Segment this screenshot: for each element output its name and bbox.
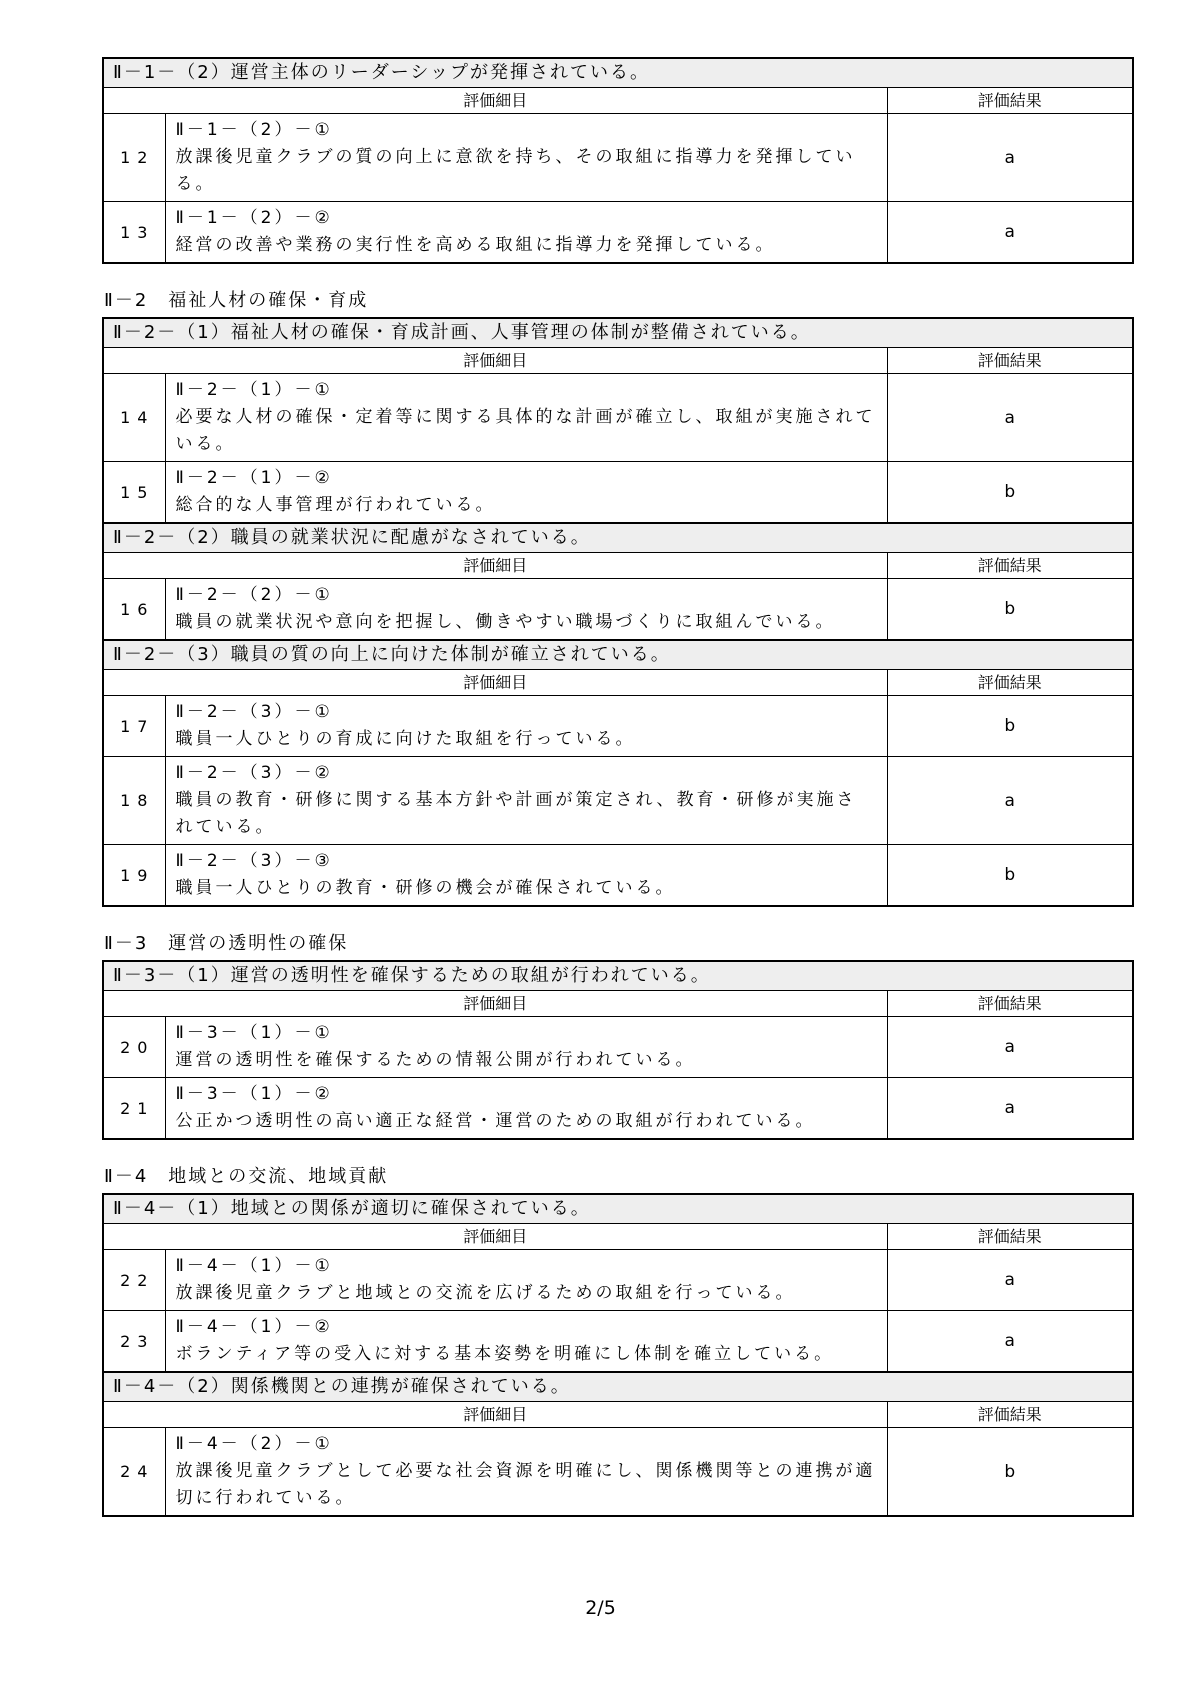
item-detail: Ⅱ－2－（3）－① 職員一人ひとりの育成に向けた取組を行っている。 <box>165 696 887 757</box>
item-code: Ⅱ－4－（1）－① <box>176 1253 877 1280</box>
result-value: a <box>887 1250 1133 1311</box>
result-column-header: 評価結果 <box>887 1224 1133 1250</box>
item-detail: Ⅱ－2－（3）－③ 職員一人ひとりの教育・研修の機会が確保されている。 <box>165 845 887 907</box>
eval-row: 22 Ⅱ－4－（1）－① 放課後児童クラブと地域との交流を広げるための取組を行っ… <box>103 1250 1133 1311</box>
item-text: 必要な人材の確保・定着等に関する具体的な計画が確立し、取組が実施されている。 <box>176 404 877 458</box>
item-text: 放課後児童クラブと地域との交流を広げるための取組を行っている。 <box>176 1280 877 1307</box>
eval-row: 18 Ⅱ－2－（3）－② 職員の教育・研修に関する基本方針や計画が策定され、教育… <box>103 757 1133 845</box>
item-code: Ⅱ－1－（2）－② <box>176 205 877 232</box>
column-header-row: 評価細目 評価結果 <box>103 1224 1133 1250</box>
item-code: Ⅱ－2－（2）－① <box>176 582 877 609</box>
page-content: Ⅱ－1－（2）運営主体のリーダーシップが発揮されている。 評価細目 評価結果 1… <box>102 57 1132 1517</box>
evaluation-table-section-2-1: Ⅱ－1－（2）運営主体のリーダーシップが発揮されている。 評価細目 評価結果 1… <box>102 57 1134 264</box>
section-title-row: Ⅱ－2－（2）職員の就業状況に配慮がなされている。 <box>103 523 1133 553</box>
eval-row: 12 Ⅱ－1－（2）－① 放課後児童クラブの質の向上に意欲を持ち、その取組に指導… <box>103 114 1133 202</box>
row-number: 23 <box>103 1311 165 1373</box>
item-text: 職員一人ひとりの育成に向けた取組を行っている。 <box>176 726 877 753</box>
result-value: a <box>887 1311 1133 1373</box>
item-detail: Ⅱ－2－（3）－② 職員の教育・研修に関する基本方針や計画が策定され、教育・研修… <box>165 757 887 845</box>
item-detail: Ⅱ－2－（2）－① 職員の就業状況や意向を把握し、働きやすい職場づくりに取組んで… <box>165 579 887 641</box>
result-value: a <box>887 114 1133 202</box>
item-code: Ⅱ－3－（1）－① <box>176 1020 877 1047</box>
column-header-row: 評価細目 評価結果 <box>103 348 1133 374</box>
column-header-row: 評価細目 評価結果 <box>103 88 1133 114</box>
detail-column-header: 評価細目 <box>103 553 887 579</box>
item-detail: Ⅱ－2－（1）－① 必要な人材の確保・定着等に関する具体的な計画が確立し、取組が… <box>165 374 887 462</box>
section-title: Ⅱ－4－（1）地域との関係が適切に確保されている。 <box>103 1194 1133 1224</box>
document-page: Ⅱ－1－（2）運営主体のリーダーシップが発揮されている。 評価細目 評価結果 1… <box>0 0 1201 1698</box>
row-number: 12 <box>103 114 165 202</box>
row-number: 21 <box>103 1078 165 1140</box>
row-number: 18 <box>103 757 165 845</box>
detail-column-header: 評価細目 <box>103 670 887 696</box>
item-detail: Ⅱ－4－（1）－① 放課後児童クラブと地域との交流を広げるための取組を行っている… <box>165 1250 887 1311</box>
item-text: 経営の改善や業務の実行性を高める取組に指導力を発揮している。 <box>176 232 877 259</box>
item-code: Ⅱ－4－（1）－② <box>176 1314 877 1341</box>
item-detail: Ⅱ－2－（1）－② 総合的な人事管理が行われている。 <box>165 462 887 524</box>
column-header-row: 評価細目 評価結果 <box>103 991 1133 1017</box>
item-text: 公正かつ透明性の高い適正な経営・運営のための取組が行われている。 <box>176 1108 877 1135</box>
evaluation-table-section-2-3: Ⅱ－3－（1）運営の透明性を確保するための取組が行われている。 評価細目 評価結… <box>102 960 1134 1140</box>
detail-column-header: 評価細目 <box>103 348 887 374</box>
result-column-header: 評価結果 <box>887 553 1133 579</box>
result-value: b <box>887 696 1133 757</box>
section-title: Ⅱ－1－（2）運営主体のリーダーシップが発揮されている。 <box>103 58 1133 88</box>
item-code: Ⅱ－2－（1）－② <box>176 465 877 492</box>
result-value: a <box>887 374 1133 462</box>
result-value: b <box>887 579 1133 641</box>
result-value: a <box>887 1017 1133 1078</box>
item-code: Ⅱ－2－（3）－② <box>176 760 877 787</box>
row-number: 17 <box>103 696 165 757</box>
item-detail: Ⅱ－4－（1）－② ボランティア等の受入に対する基本姿勢を明確にし体制を確立して… <box>165 1311 887 1373</box>
column-header-row: 評価細目 評価結果 <box>103 1402 1133 1428</box>
eval-row: 17 Ⅱ－2－（3）－① 職員一人ひとりの育成に向けた取組を行っている。 b <box>103 696 1133 757</box>
detail-column-header: 評価細目 <box>103 88 887 114</box>
result-value: b <box>887 462 1133 524</box>
item-text: 放課後児童クラブとして必要な社会資源を明確にし、関係機関等との連携が適切に行われ… <box>176 1458 877 1512</box>
eval-row: 15 Ⅱ－2－（1）－② 総合的な人事管理が行われている。 b <box>103 462 1133 524</box>
item-code: Ⅱ－2－（1）－① <box>176 377 877 404</box>
row-number: 15 <box>103 462 165 524</box>
item-code: Ⅱ－4－（2）－① <box>176 1431 877 1458</box>
eval-row: 13 Ⅱ－1－（2）－② 経営の改善や業務の実行性を高める取組に指導力を発揮して… <box>103 202 1133 264</box>
detail-column-header: 評価細目 <box>103 1224 887 1250</box>
item-code: Ⅱ－2－（3）－① <box>176 699 877 726</box>
row-number: 19 <box>103 845 165 907</box>
section-title-row: Ⅱ－3－（1）運営の透明性を確保するための取組が行われている。 <box>103 961 1133 991</box>
result-column-header: 評価結果 <box>887 1402 1133 1428</box>
detail-column-header: 評価細目 <box>103 991 887 1017</box>
item-text: ボランティア等の受入に対する基本姿勢を明確にし体制を確立している。 <box>176 1341 877 1368</box>
group-heading: Ⅱ－4 地域との交流、地域貢献 <box>104 1166 1132 1188</box>
result-value: a <box>887 757 1133 845</box>
row-number: 13 <box>103 202 165 264</box>
item-text: 職員の就業状況や意向を把握し、働きやすい職場づくりに取組んでいる。 <box>176 609 877 636</box>
section-title: Ⅱ－2－（1）福祉人材の確保・育成計画、人事管理の体制が整備されている。 <box>103 318 1133 348</box>
page-number: 2/5 <box>0 1597 1201 1619</box>
evaluation-table-section-2-4: Ⅱ－4－（1）地域との関係が適切に確保されている。 評価細目 評価結果 22 Ⅱ… <box>102 1193 1134 1517</box>
eval-row: 20 Ⅱ－3－（1）－① 運営の透明性を確保するための情報公開が行われている。 … <box>103 1017 1133 1078</box>
eval-row: 19 Ⅱ－2－（3）－③ 職員一人ひとりの教育・研修の機会が確保されている。 b <box>103 845 1133 907</box>
eval-row: 16 Ⅱ－2－（2）－① 職員の就業状況や意向を把握し、働きやすい職場づくりに取… <box>103 579 1133 641</box>
section-title: Ⅱ－3－（1）運営の透明性を確保するための取組が行われている。 <box>103 961 1133 991</box>
result-column-header: 評価結果 <box>887 991 1133 1017</box>
section-title-row: Ⅱ－2－（1）福祉人材の確保・育成計画、人事管理の体制が整備されている。 <box>103 318 1133 348</box>
section-title: Ⅱ－4－（2）関係機関との連携が確保されている。 <box>103 1372 1133 1402</box>
section-title: Ⅱ－2－（2）職員の就業状況に配慮がなされている。 <box>103 523 1133 553</box>
result-value: a <box>887 1078 1133 1140</box>
result-value: b <box>887 845 1133 907</box>
row-number: 20 <box>103 1017 165 1078</box>
row-number: 24 <box>103 1428 165 1517</box>
item-code: Ⅱ－2－（3）－③ <box>176 848 877 875</box>
result-column-header: 評価結果 <box>887 348 1133 374</box>
result-column-header: 評価結果 <box>887 88 1133 114</box>
section-title: Ⅱ－2－（3）職員の質の向上に向けた体制が確立されている。 <box>103 640 1133 670</box>
item-detail: Ⅱ－1－（2）－② 経営の改善や業務の実行性を高める取組に指導力を発揮している。 <box>165 202 887 264</box>
item-text: 放課後児童クラブの質の向上に意欲を持ち、その取組に指導力を発揮している。 <box>176 144 877 198</box>
item-text: 職員の教育・研修に関する基本方針や計画が策定され、教育・研修が実施されている。 <box>176 787 877 841</box>
group-heading: Ⅱ－2 福祉人材の確保・育成 <box>104 290 1132 312</box>
evaluation-table-section-2-2: Ⅱ－2－（1）福祉人材の確保・育成計画、人事管理の体制が整備されている。 評価細… <box>102 317 1134 907</box>
eval-row: 14 Ⅱ－2－（1）－① 必要な人材の確保・定着等に関する具体的な計画が確立し、… <box>103 374 1133 462</box>
section-title-row: Ⅱ－4－（2）関係機関との連携が確保されている。 <box>103 1372 1133 1402</box>
item-detail: Ⅱ－4－（2）－① 放課後児童クラブとして必要な社会資源を明確にし、関係機関等と… <box>165 1428 887 1517</box>
item-text: 職員一人ひとりの教育・研修の機会が確保されている。 <box>176 875 877 902</box>
row-number: 16 <box>103 579 165 641</box>
column-header-row: 評価細目 評価結果 <box>103 670 1133 696</box>
row-number: 14 <box>103 374 165 462</box>
item-detail: Ⅱ－3－（1）－① 運営の透明性を確保するための情報公開が行われている。 <box>165 1017 887 1078</box>
section-title-row: Ⅱ－1－（2）運営主体のリーダーシップが発揮されている。 <box>103 58 1133 88</box>
result-column-header: 評価結果 <box>887 670 1133 696</box>
item-text: 総合的な人事管理が行われている。 <box>176 492 877 519</box>
group-heading: Ⅱ－3 運営の透明性の確保 <box>104 933 1132 955</box>
row-number: 22 <box>103 1250 165 1311</box>
eval-row: 24 Ⅱ－4－（2）－① 放課後児童クラブとして必要な社会資源を明確にし、関係機… <box>103 1428 1133 1517</box>
item-detail: Ⅱ－1－（2）－① 放課後児童クラブの質の向上に意欲を持ち、その取組に指導力を発… <box>165 114 887 202</box>
result-value: a <box>887 202 1133 264</box>
section-title-row: Ⅱ－2－（3）職員の質の向上に向けた体制が確立されている。 <box>103 640 1133 670</box>
eval-row: 21 Ⅱ－3－（1）－② 公正かつ透明性の高い適正な経営・運営のための取組が行わ… <box>103 1078 1133 1140</box>
item-text: 運営の透明性を確保するための情報公開が行われている。 <box>176 1047 877 1074</box>
result-value: b <box>887 1428 1133 1517</box>
item-code: Ⅱ－1－（2）－① <box>176 117 877 144</box>
section-title-row: Ⅱ－4－（1）地域との関係が適切に確保されている。 <box>103 1194 1133 1224</box>
column-header-row: 評価細目 評価結果 <box>103 553 1133 579</box>
eval-row: 23 Ⅱ－4－（1）－② ボランティア等の受入に対する基本姿勢を明確にし体制を確… <box>103 1311 1133 1373</box>
item-detail: Ⅱ－3－（1）－② 公正かつ透明性の高い適正な経営・運営のための取組が行われてい… <box>165 1078 887 1140</box>
detail-column-header: 評価細目 <box>103 1402 887 1428</box>
item-code: Ⅱ－3－（1）－② <box>176 1081 877 1108</box>
